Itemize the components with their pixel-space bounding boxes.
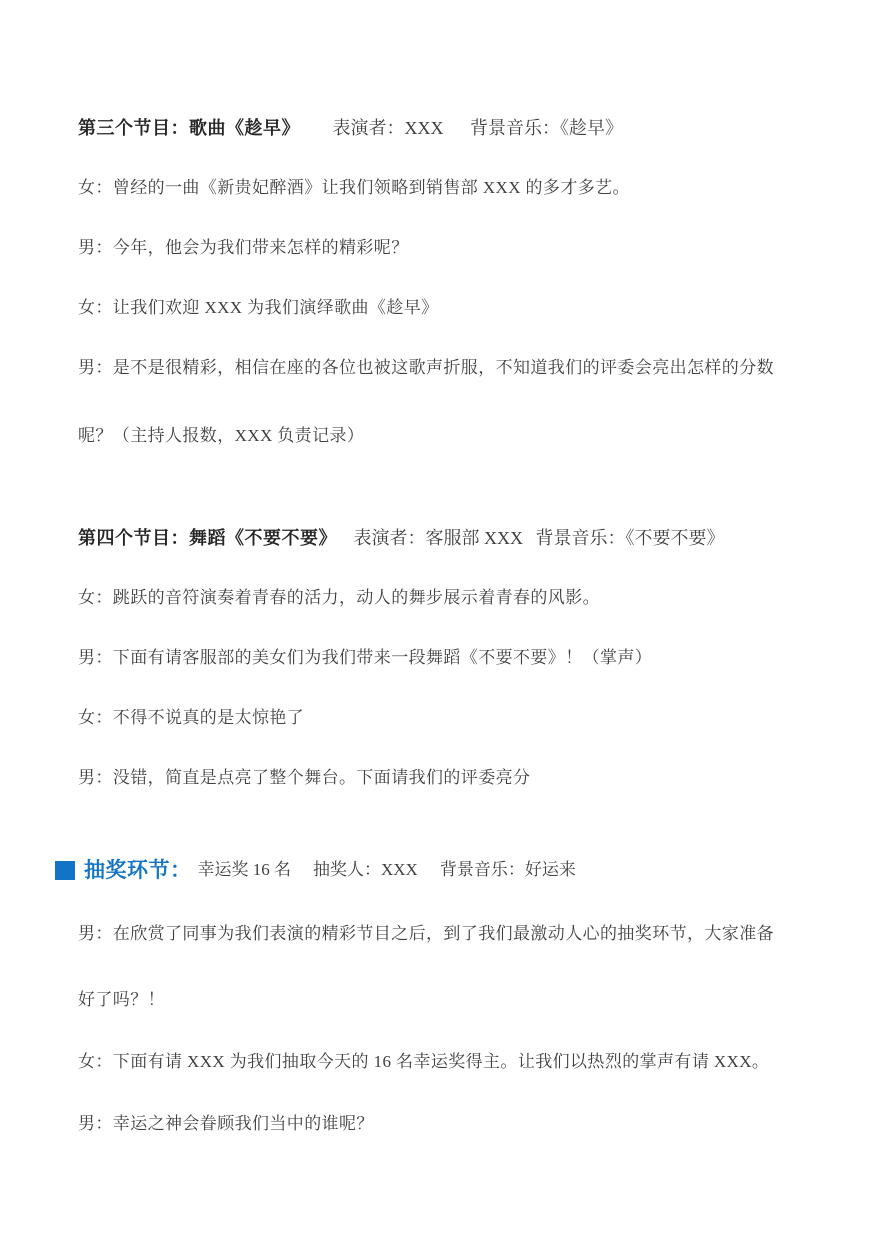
dialogue-line: 男：在欣赏了同事为我们表演的精彩节目之后，到了我们最激动人心的抽奖环节，大家准备 <box>78 922 824 946</box>
program-4-music: 背景音乐：《不要不要》 <box>536 528 725 548</box>
document-page: 第三个节目：歌曲《趁早》 表演者：XXX 背景音乐：《趁早》 女：曾经的一曲《新… <box>0 0 884 1250</box>
dialogue-line: 女：跳跃的音符演奏着青春的活力，动人的舞步展示着青春的风影。 <box>78 586 824 610</box>
program-3-performer: 表演者：XXX <box>333 118 444 138</box>
dialogue-line: 好了吗？！ <box>78 988 824 1012</box>
program-3-section: 第三个节目：歌曲《趁早》 表演者：XXX 背景音乐：《趁早》 女：曾经的一曲《新… <box>78 116 824 448</box>
dialogue-line: 女：让我们欢迎 XXX 为我们演绎歌曲《趁早》 <box>78 296 824 320</box>
program-4-section: 第四个节目：舞蹈《不要不要》 表演者：客服部 XXX 背景音乐：《不要不要》 女… <box>78 526 824 790</box>
dialogue-line: 女：下面有请 XXX 为我们抽取今天的 16 名幸运奖得主。让我们以热烈的掌声有… <box>78 1050 824 1074</box>
dialogue-line: 女：曾经的一曲《新贵妃醉酒》让我们领略到销售部 XXX 的多才多艺。 <box>78 176 824 200</box>
program-3-music: 背景音乐：《趁早》 <box>470 118 623 138</box>
dialogue-line: 男：是不是很精彩，相信在座的各位也被这歌声折服，不知道我们的评委会亮出怎样的分数 <box>78 356 824 380</box>
dialogue-line: 男：没错，简直是点亮了整个舞台。下面请我们的评委亮分 <box>78 766 824 790</box>
blue-square-icon <box>55 861 75 880</box>
dialogue-line: 男：幸运之神会眷顾我们当中的谁呢？ <box>78 1112 824 1136</box>
dialogue-line: 呢？（主持人报数，XXX 负责记录） <box>78 424 824 448</box>
lottery-music: 背景音乐：好运来 <box>440 856 576 884</box>
dialogue-line: 男：下面有请客服部的美女们为我们带来一段舞蹈《不要不要》！（掌声） <box>78 646 824 670</box>
program-3-title: 第三个节目：歌曲《趁早》 <box>78 118 300 138</box>
lottery-drawer: 抽奖人：XXX <box>313 856 418 884</box>
lottery-heading: 抽奖环节： 幸运奖 16 名 抽奖人：XXX 背景音乐：好运来 <box>55 856 824 884</box>
program-4-heading: 第四个节目：舞蹈《不要不要》 表演者：客服部 XXX 背景音乐：《不要不要》 <box>78 526 824 550</box>
program-4-performer: 表演者：客服部 XXX <box>354 528 524 548</box>
program-3-heading: 第三个节目：歌曲《趁早》 表演者：XXX 背景音乐：《趁早》 <box>78 116 824 140</box>
dialogue-line: 男：今年，他会为我们带来怎样的精彩呢？ <box>78 236 824 260</box>
lottery-title: 抽奖环节： <box>84 856 192 884</box>
program-4-title: 第四个节目：舞蹈《不要不要》 <box>78 528 337 548</box>
lottery-section: 抽奖环节： 幸运奖 16 名 抽奖人：XXX 背景音乐：好运来 男：在欣赏了同事… <box>78 856 824 1136</box>
lottery-prize: 幸运奖 16 名 <box>198 856 292 884</box>
dialogue-line: 女：不得不说真的是太惊艳了 <box>78 706 824 730</box>
